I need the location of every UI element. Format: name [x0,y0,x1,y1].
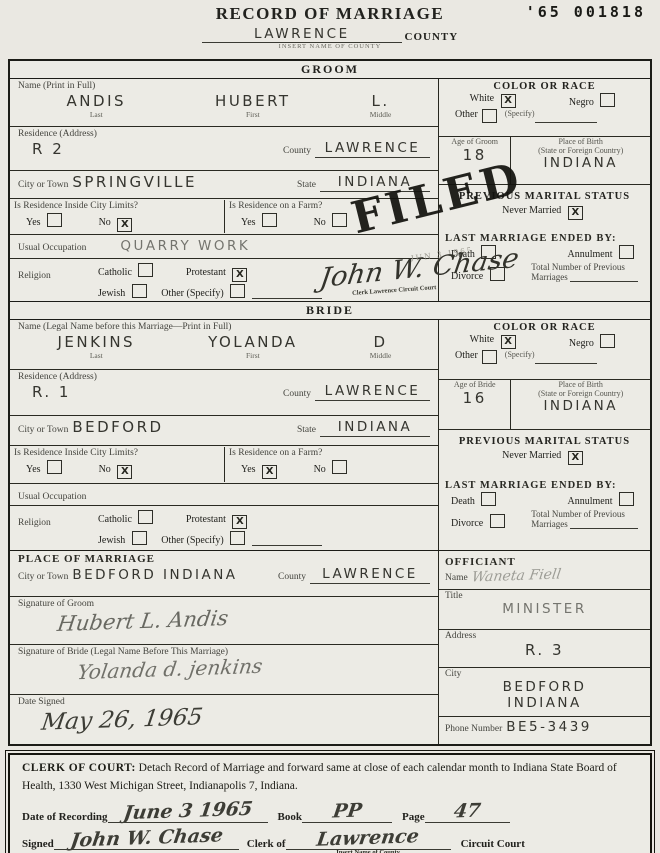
officiant-city-value2: INDIANA [445,695,644,711]
bride-city-label: City or Town [18,425,68,435]
clerk-of-label: Clerk of [247,838,286,850]
groom-farm-yes-checkbox [262,213,277,227]
groom-religion-label: Religion [18,261,98,301]
groom-county-label: County [283,146,311,156]
groom-city-row: City or Town SPRINGVILLE State INDIANA [10,171,438,199]
officiant-title-value: MINISTER [445,601,644,617]
recording-line: Date of Recording June 3 1965 Book PP Pa… [22,800,638,823]
bride-county-value: LAWRENCE [325,383,421,399]
bride-name-label: Name (Legal Name before this Marriage—Pr… [18,322,430,332]
date-signed-label: Date Signed [18,697,430,707]
bride-marital-title: PREVIOUS MARITAL STATUS [445,436,644,447]
groom-residence-row: Residence (Address) R 2 County LAWRENCE [10,127,438,171]
groom-religion-row: Religion Catholic Protestant X Jewish [10,259,438,300]
place-county-value: LAWRENCE [322,566,418,582]
bride-first-name: YOLANDA [175,333,332,351]
bride-marital-block: PREVIOUS MARITAL STATUS Never Married X [439,430,650,478]
groom-section-header: GROOM [10,61,650,79]
bride-section-header: BRIDE [10,301,650,320]
groom-occupation-label: Usual Occupation [18,243,86,253]
groom-city-value: SPRINGVILLE [72,173,197,191]
place-title: PLACE OF MARRIAGE [18,553,430,565]
groom-city-limits-no-checkbox: X [117,218,132,232]
bride-occupation-row: Usual Occupation [10,484,438,506]
groom-race-title: COLOR OR RACE [445,81,644,92]
clerk-of-county-value: Lawrence [315,825,420,851]
clerk-heading: CLERK OF COURT: [22,762,136,774]
officiant-phone-value: BE5-3439 [506,719,592,735]
groom-city-limits-label: Is Residence Inside City Limits? [14,201,220,211]
groom-limits-farm-row: Is Residence Inside City Limits? Yes No … [10,199,438,235]
insert-county-hint: Insert Name of County [286,849,451,853]
bride-religion-protestant-checkbox: X [232,515,247,529]
officiant-title-label: Title [445,591,644,601]
groom-never-married-checkbox: X [568,206,583,220]
place-city-label: City or Town [18,572,68,582]
groom-residence-label: Residence (Address) [18,129,430,139]
place-of-marriage-row: PLACE OF MARRIAGE City or Town BEDFORD I… [10,551,438,597]
page-label: Page [402,811,425,823]
groom-middle-name: L. [331,92,430,110]
bride-residence-row: Residence (Address) R. 1 County LAWRENCE [10,370,438,416]
bride-ended-death-checkbox [481,492,496,506]
date-signed-row: Date Signed May 26, 1965 [10,695,438,744]
groom-ended-divorce-checkbox [490,267,505,281]
date-of-recording-value: June 3 1965 [122,797,254,823]
groom-residence-value: R 2 [32,140,64,158]
officiant-name-row: Name Waneta Fiell [439,566,650,590]
groom-state-label: State [297,180,316,190]
groom-religion-jewish-checkbox [132,284,147,298]
bride-religion-catholic-checkbox [138,510,153,524]
bride-residence-value: R. 1 [32,383,71,401]
county-name-handwritten: LAWRENCE [254,26,350,42]
bride-age-label: Age of Bride [439,380,510,389]
groom-signature-value: Hubert L. Andis [56,606,230,636]
book-label: Book [278,811,302,823]
date-signed-value: May 26, 1965 [40,704,205,736]
marriage-form: GROOM Name (Print in Full) ANDIS Last HU… [8,59,652,746]
bride-city-value: BEDFORD [72,418,163,436]
signed-line: Signed John W. Chase Clerk of Lawrence I… [22,827,638,850]
groom-ended-block: LAST MARRIAGE ENDED BY: Death Annulment … [439,231,650,301]
officiant-address-row: Address R. 3 [439,630,650,668]
bride-name-row: Name (Legal Name before this Marriage—Pr… [10,320,438,370]
place-officiant-section: PLACE OF MARRIAGE City or Town BEDFORD I… [10,550,650,744]
groom-marital-title: PREVIOUS MARITAL STATUS [445,191,644,202]
bride-middle-name: D [331,333,430,351]
bride-race-white-checkbox: X [501,335,516,349]
bride-birthplace-value: INDIANA [511,398,650,414]
groom-religion-other-checkbox [230,284,245,298]
marriage-record-document: RECORD OF MARRIAGE '65 001818 LAWRENCE C… [0,0,660,853]
groom-age-value: 18 [439,146,510,164]
bride-farm-no-checkbox [332,460,347,474]
groom-age-label: Age of Groom [439,137,510,146]
bride-ended-annulment-checkbox [619,492,634,506]
document-header: RECORD OF MARRIAGE '65 001818 LAWRENCE C… [8,3,652,59]
groom-city-label: City or Town [18,180,68,190]
officiant-title-row: Title MINISTER [439,590,650,630]
bride-race-other-checkbox [482,350,497,364]
bride-religion-row: Religion Catholic Protestant X Jewish [10,506,438,550]
bride-city-row: City or Town BEDFORD State INDIANA [10,416,438,446]
book-value: PP [331,799,363,822]
groom-farm-no-checkbox [332,213,347,227]
groom-farm-label: Is Residence on a Farm? [229,201,434,211]
groom-religion-protestant-checkbox: X [232,268,247,282]
bride-county-label: County [283,389,311,399]
groom-name-row: Name (Print in Full) ANDIS Last HUBERT F… [10,79,438,127]
bride-signature-row: Signature of Bride (Legal Name Before Th… [10,645,438,695]
bride-section: Name (Legal Name before this Marriage—Pr… [10,320,650,550]
groom-first-name: HUBERT [175,92,332,110]
groom-race-negro-checkbox [600,93,615,107]
bride-state-value: INDIANA [338,419,413,435]
bride-city-limits-label: Is Residence Inside City Limits? [14,448,220,458]
bride-ended-divorce-checkbox [490,514,505,528]
groom-signature-row: Signature of Groom Hubert L. Andis [10,597,438,645]
bride-farm-yes-checkbox: X [262,465,277,479]
bride-limits-farm-row: Is Residence Inside City Limits? Yes No … [10,446,438,484]
bride-signature-value: Yolanda d. jenkins [76,654,264,684]
officiant-city-row: City BEDFORD INDIANA [439,668,650,717]
groom-ended-title: LAST MARRIAGE ENDED BY: [445,233,644,244]
bride-ended-title: LAST MARRIAGE ENDED BY: [445,480,644,491]
groom-religion-catholic-checkbox [138,263,153,277]
bride-age-birth-block: Age of Bride 16 Place of Birth (State or… [439,380,650,430]
officiant-name-value: Waneta Fiell [470,566,561,585]
groom-section: Name (Print in Full) ANDIS Last HUBERT F… [10,79,650,301]
bride-religion-label: Religion [18,508,98,548]
file-number-stamp: '65 001818 [526,3,646,21]
signed-label: Signed [22,838,54,850]
bride-ended-block: LAST MARRIAGE ENDED BY: Death Annulment … [439,478,650,550]
bride-farm-label: Is Residence on a Farm? [229,448,434,458]
officiant-phone-row: Phone Number BE5-3439 [439,717,650,741]
groom-county-value: LAWRENCE [325,140,421,156]
groom-occupation-row: Usual Occupation QUARRY WORK [10,235,438,259]
clerk-signature-value: John W. Chase [69,824,224,851]
groom-city-limits-yes-checkbox [47,213,62,227]
groom-occupation-value: QUARRY WORK [120,238,250,254]
county-hint: INSERT NAME OF COUNTY [8,43,652,50]
page-value: 47 [452,799,482,822]
bride-occupation-label: Usual Occupation [18,492,86,502]
place-county-label: County [278,572,306,582]
bride-city-limits-no-checkbox: X [117,465,132,479]
officiant-address-value: R. 3 [445,641,644,659]
groom-age-birth-block: Age of Groom 18 Place of Birth (State or… [439,137,650,185]
officiant-phone-label: Phone Number [445,724,502,734]
bride-age-value: 16 [439,389,510,407]
groom-last-name: ANDIS [18,92,175,110]
bride-race-title: COLOR OR RACE [445,322,644,333]
clerk-of-court-box: CLERK OF COURT: Detach Record of Marriag… [8,753,652,853]
groom-state-value: INDIANA [338,174,413,190]
groom-race-block: COLOR OR RACE White X Negro Other (Speci… [439,79,650,137]
county-label: COUNTY [405,31,459,43]
bride-race-negro-checkbox [600,334,615,348]
bride-state-label: State [297,425,316,435]
officiant-name-label: Name [445,573,468,583]
officiant-city-label: City [445,669,644,679]
officiant-city-value1: BEDFORD [445,679,644,695]
bride-religion-other-checkbox [230,531,245,545]
officiant-address-label: Address [445,631,644,641]
bride-city-limits-yes-checkbox [47,460,62,474]
bride-religion-jewish-checkbox [132,531,147,545]
bride-last-name: JENKINS [18,333,175,351]
groom-race-other-checkbox [482,109,497,123]
county-line: LAWRENCE COUNTY INSERT NAME OF COUNTY [8,26,652,50]
bride-residence-label: Residence (Address) [18,372,430,382]
groom-ended-death-checkbox [481,245,496,259]
groom-name-label: Name (Print in Full) [18,81,430,91]
date-of-recording-label: Date of Recording [22,811,108,823]
bride-never-married-checkbox: X [568,451,583,465]
groom-race-white-checkbox: X [501,94,516,108]
groom-marital-block: PREVIOUS MARITAL STATUS Never Married X [439,185,650,231]
place-city-value: BEDFORD INDIANA [72,567,237,583]
bride-race-block: COLOR OR RACE White X Negro Other (Speci… [439,320,650,380]
groom-birthplace-value: INDIANA [511,155,650,171]
circuit-court-label: Circuit Court [461,838,525,850]
groom-ended-annulment-checkbox [619,245,634,259]
